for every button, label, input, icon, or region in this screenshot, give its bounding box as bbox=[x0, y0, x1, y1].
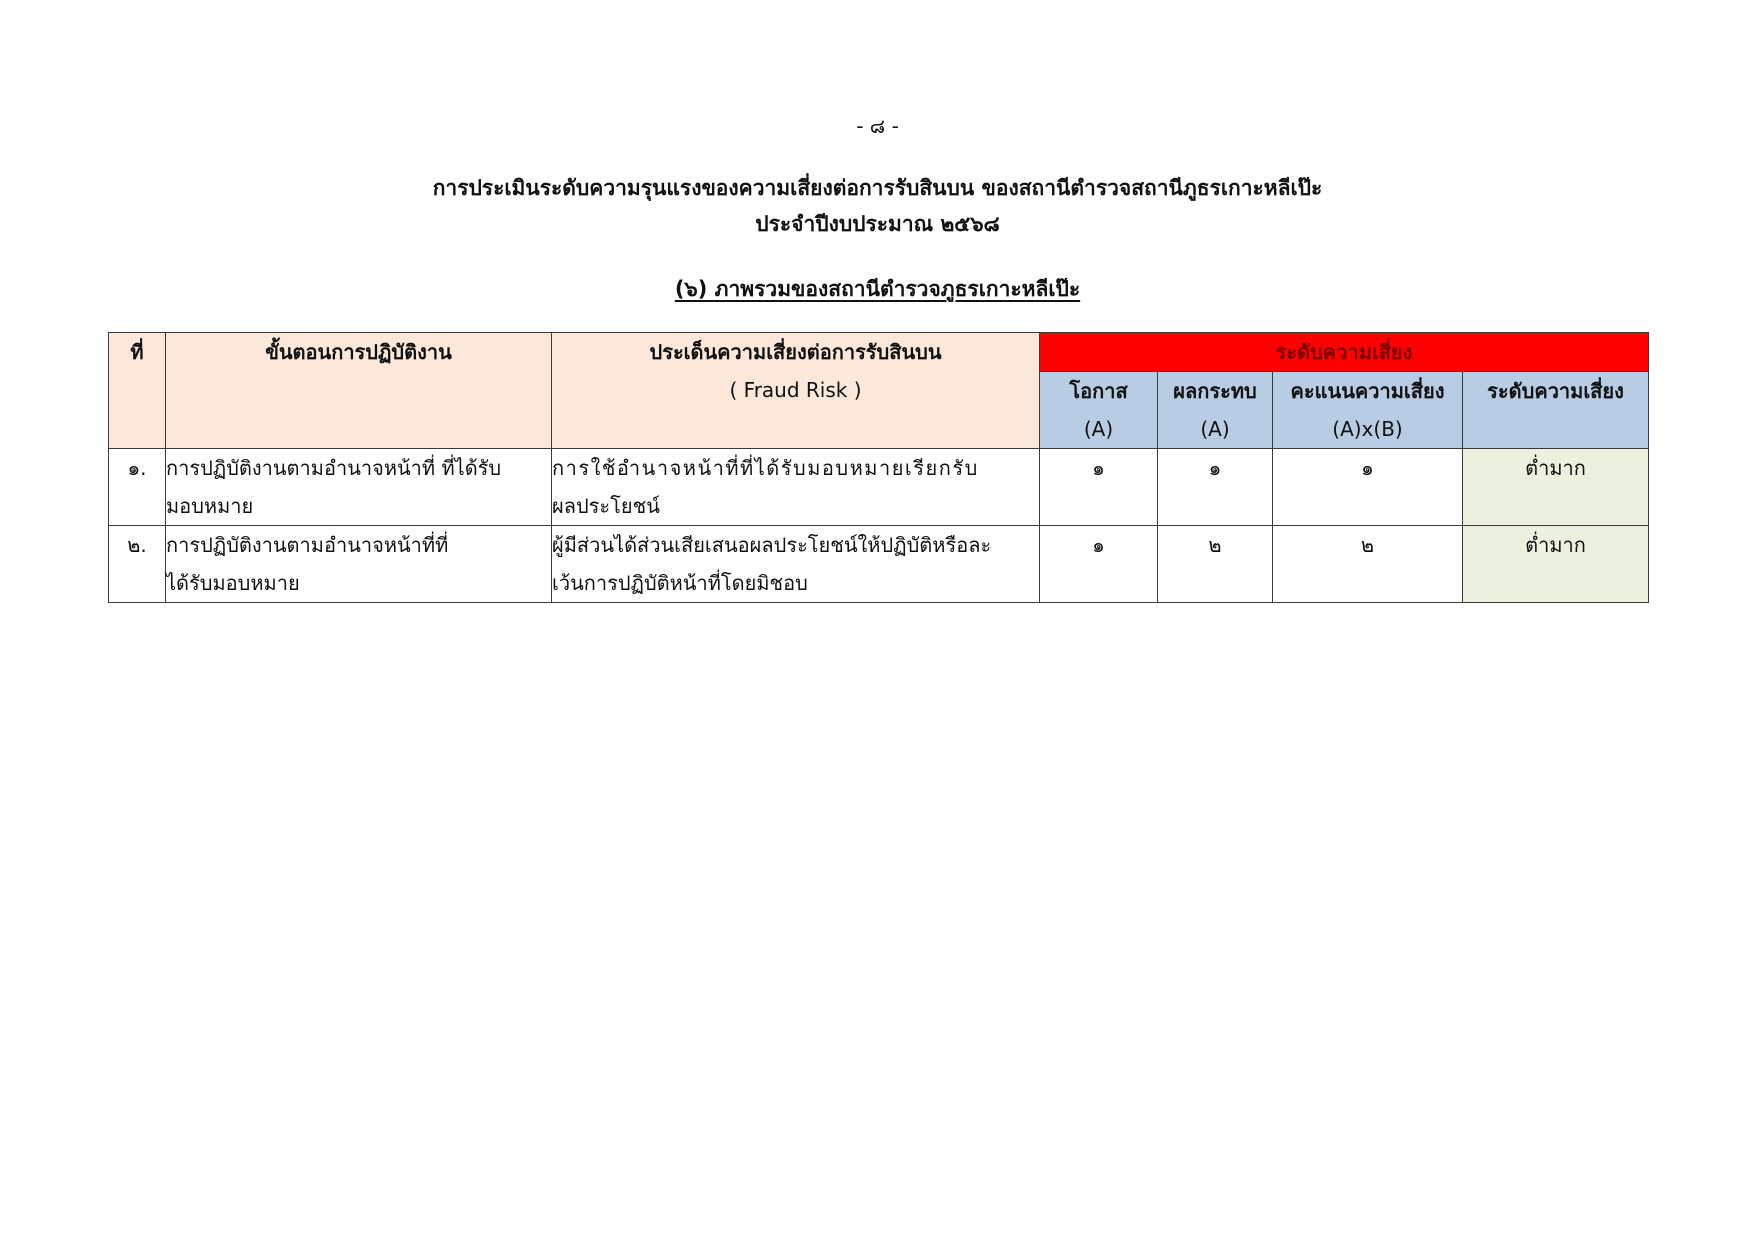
header-impact: ผลกระทบ (A) bbox=[1158, 372, 1273, 449]
cell-no: ๑. bbox=[109, 449, 166, 526]
header-no: ที่ bbox=[109, 333, 166, 449]
cell-score: ๑ bbox=[1273, 449, 1463, 526]
page-number: - ๘ - bbox=[0, 110, 1755, 142]
section-title-text: (๖) ภาพรวมของสถานีตำรวจภูธรเกาะหลีเป๊ะ bbox=[675, 277, 1080, 301]
document-subtitle-fiscal-year: ประจำปีงบประมาณ ๒๕๖๘ bbox=[0, 208, 1755, 241]
table-row: ๒. การปฏิบัติงานตามอำนาจหน้าที่ที่ ได้รั… bbox=[109, 526, 1649, 603]
section-title: (๖) ภาพรวมของสถานีตำรวจภูธรเกาะหลีเป๊ะ bbox=[0, 273, 1755, 306]
cell-step: การปฏิบัติงานตามอำนาจหน้าที่ ที่ได้รับ ม… bbox=[166, 449, 552, 526]
cell-risk-level: ต่ำมาก bbox=[1463, 526, 1649, 603]
document-title: การประเมินระดับความรุนแรงของความเสี่ยงต่… bbox=[0, 172, 1755, 205]
cell-risk-level: ต่ำมาก bbox=[1463, 449, 1649, 526]
cell-opportunity: ๑ bbox=[1040, 449, 1158, 526]
header-risk-issue-en: ( Fraud Risk ) bbox=[552, 371, 1039, 409]
cell-score: ๒ bbox=[1273, 526, 1463, 603]
cell-opportunity: ๑ bbox=[1040, 526, 1158, 603]
table-row: ๑. การปฏิบัติงานตามอำนาจหน้าที่ ที่ได้รั… bbox=[109, 449, 1649, 526]
header-opportunity: โอกาส (A) bbox=[1040, 372, 1158, 449]
header-risk-issue: ประเด็นความเสี่ยงต่อการรับสินบน ( Fraud … bbox=[552, 333, 1040, 449]
header-step: ขั้นตอนการปฏิบัติงาน bbox=[166, 333, 552, 449]
header-risk-level-group: ระดับความเสี่ยง bbox=[1040, 333, 1649, 372]
header-score: คะแนนความเสี่ยง (A)x(B) bbox=[1273, 372, 1463, 449]
cell-impact: ๑ bbox=[1158, 449, 1273, 526]
risk-assessment-table: ที่ ขั้นตอนการปฏิบัติงาน ประเด็นความเสี่… bbox=[108, 332, 1649, 603]
cell-risk-issue: การใช้อำนาจหน้าที่ที่ได้รับมอบหมายเรียกร… bbox=[552, 449, 1040, 526]
cell-no: ๒. bbox=[109, 526, 166, 603]
cell-risk-issue: ผู้มีส่วนได้ส่วนเสียเสนอผลประโยชน์ให้ปฏิ… bbox=[552, 526, 1040, 603]
header-level: ระดับความเสี่ยง bbox=[1463, 372, 1649, 449]
cell-impact: ๒ bbox=[1158, 526, 1273, 603]
cell-step: การปฏิบัติงานตามอำนาจหน้าที่ที่ ได้รับมอ… bbox=[166, 526, 552, 603]
